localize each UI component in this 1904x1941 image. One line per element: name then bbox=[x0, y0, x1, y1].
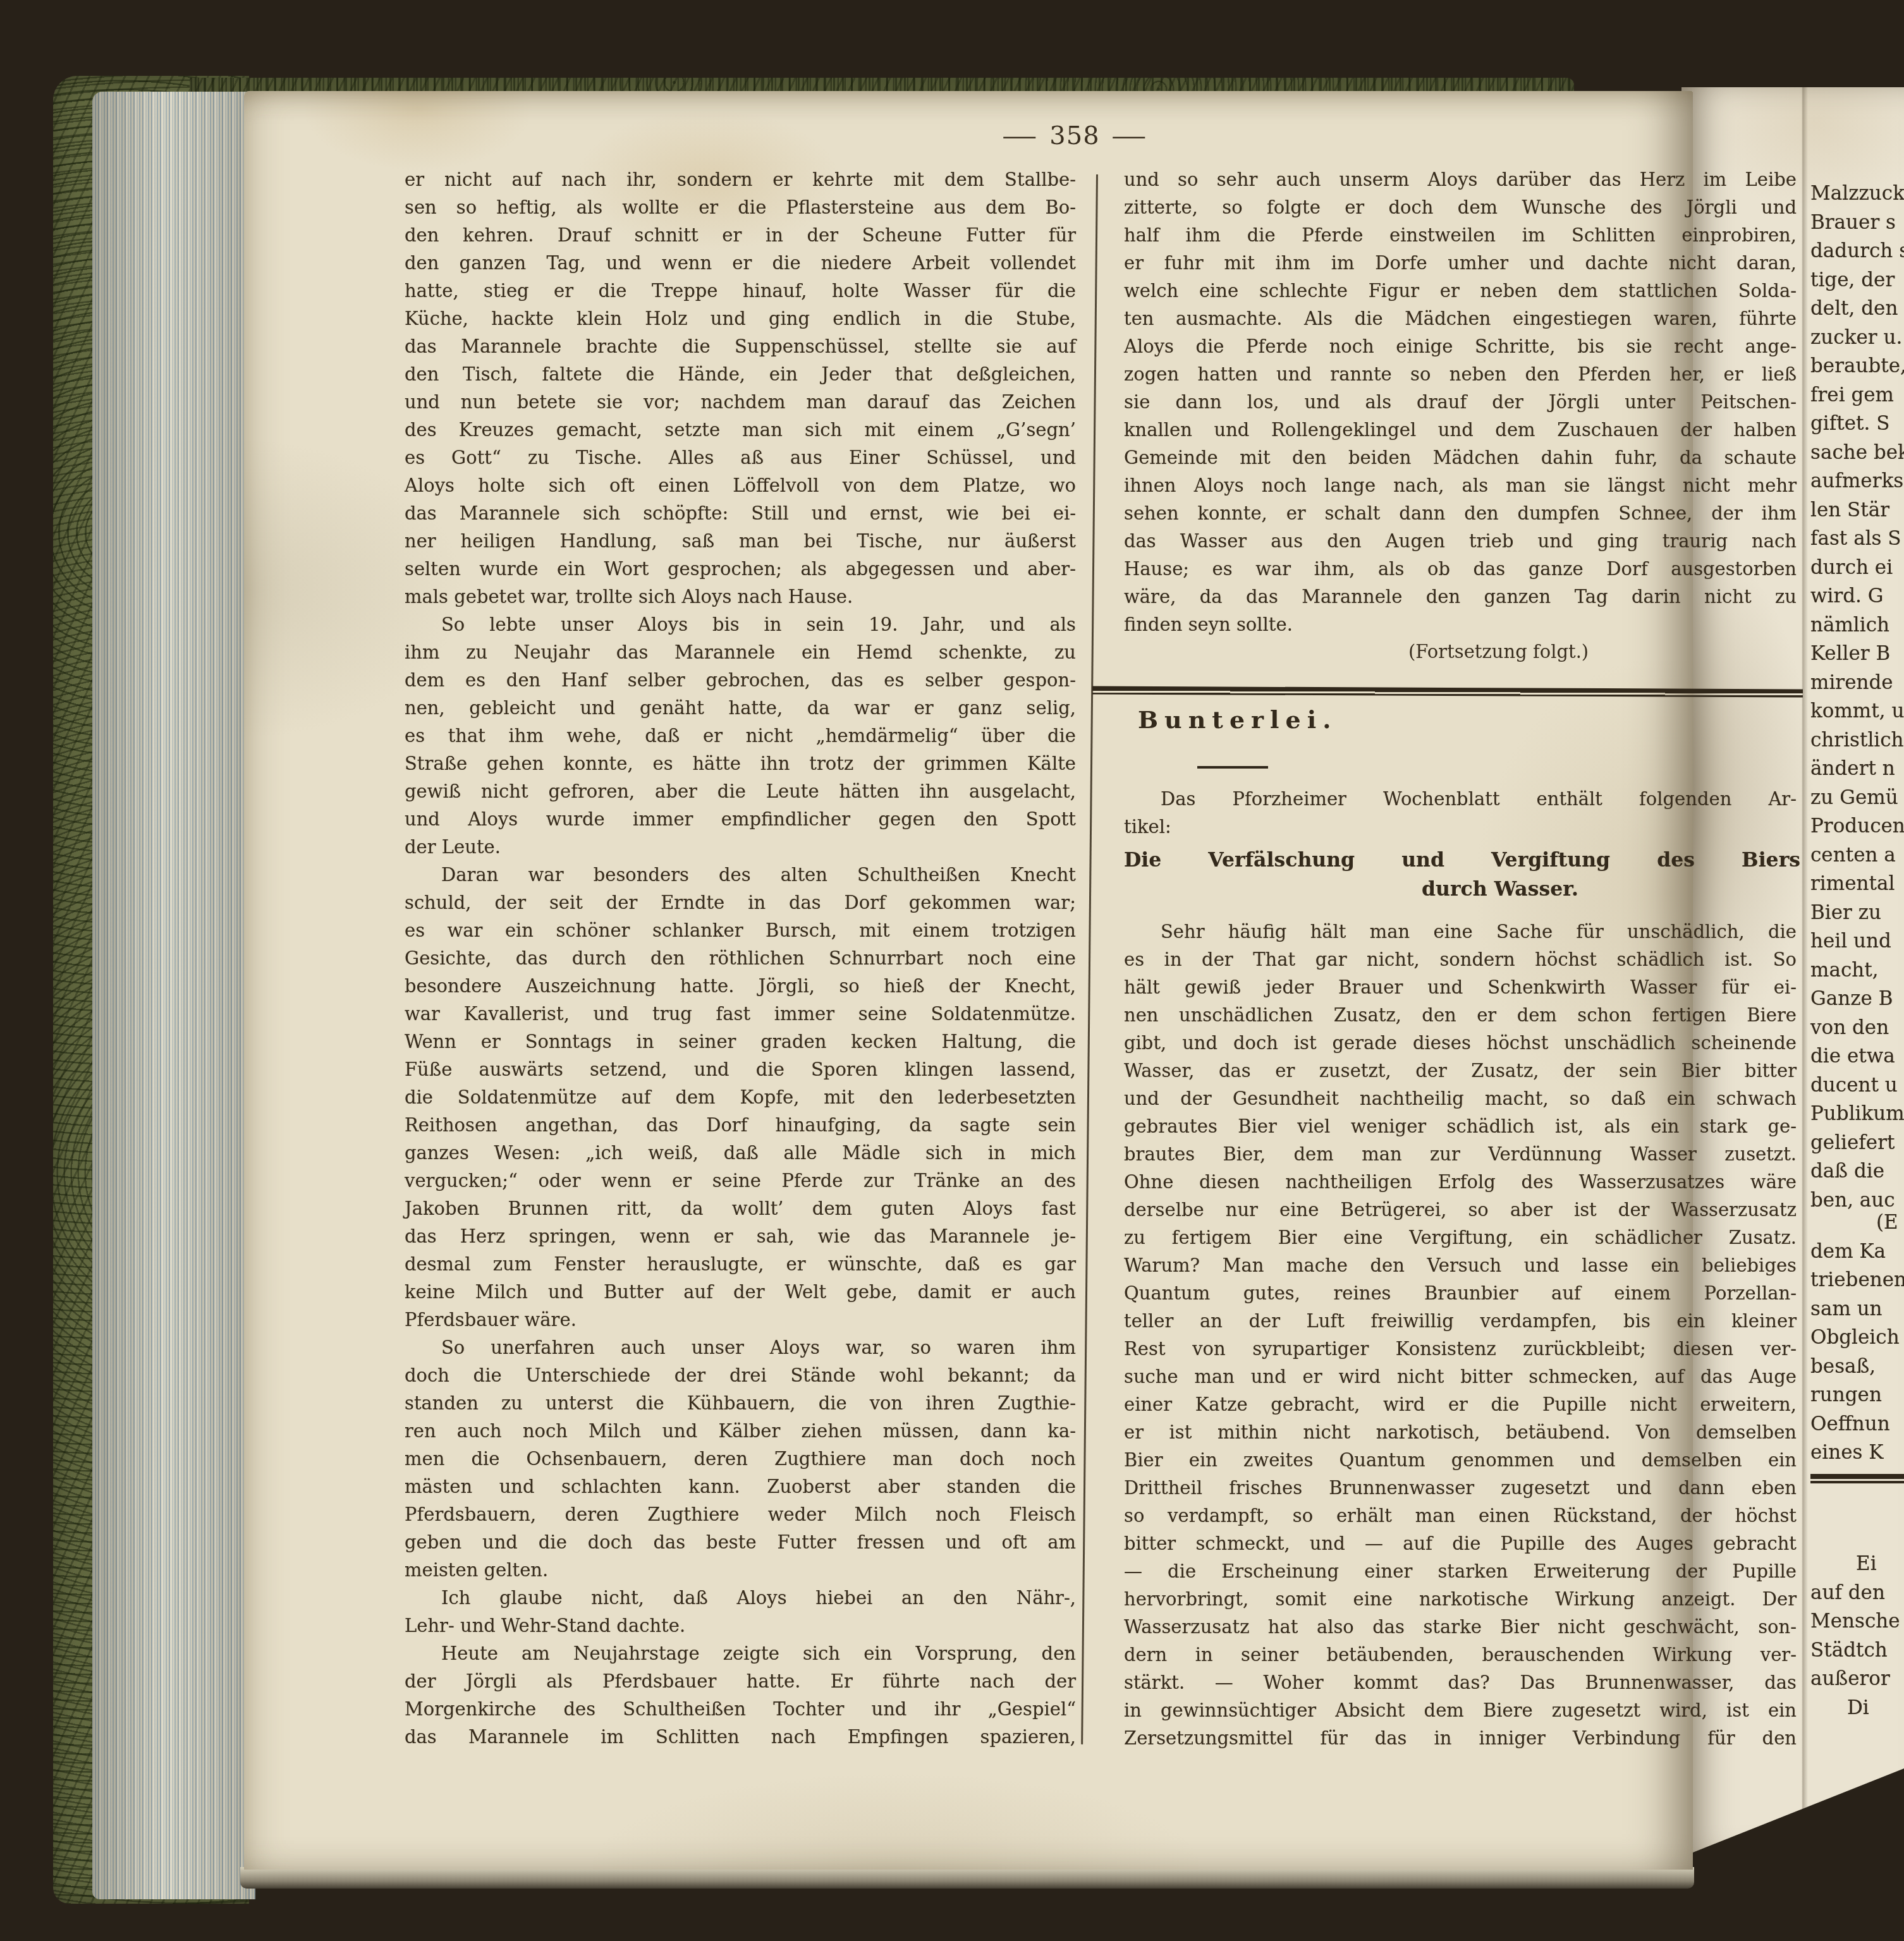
text-line: gibt, und doch ist gerade dieses höchst … bbox=[1124, 1029, 1797, 1057]
text-line: dadurch s bbox=[1810, 237, 1904, 266]
text-line: ändert n bbox=[1810, 755, 1904, 784]
text-line: der Leute. bbox=[405, 833, 1076, 861]
text-line: hält gewiß jeder Brauer und Schenkwirth … bbox=[1124, 973, 1797, 1001]
text-line: So unerfahren auch unser Aloys war, so w… bbox=[405, 1334, 1076, 1361]
text-line: Oeffnun bbox=[1810, 1410, 1904, 1439]
text-line: es war ein schöner schlanker Bursch, mit… bbox=[405, 916, 1076, 944]
continuation-note: (Fortsetzung folgt.) bbox=[1408, 641, 1589, 662]
text-line: hatte, stieg er die Treppe hinauf, holte… bbox=[405, 277, 1076, 305]
text-line: rungen bbox=[1810, 1381, 1904, 1410]
bottom-page-edges bbox=[240, 1867, 1694, 1889]
text-line: Producen bbox=[1810, 812, 1904, 841]
text-line: der Jörgli als Pferdsbauer hatte. Er füh… bbox=[405, 1667, 1076, 1695]
text-line: nen, gebleicht und genäht hatte, da war … bbox=[405, 694, 1076, 722]
text-line: — die Erscheinung einer starken Erweiter… bbox=[1124, 1557, 1797, 1585]
next-page-column-top: MalzzuckerBrauer sdadurch stige, derdelt… bbox=[1810, 179, 1904, 1215]
text-line: in gewinnsüchtiger Absicht dem Biere zug… bbox=[1124, 1696, 1797, 1724]
text-line: einer Katze gebracht, wird er die Pupill… bbox=[1124, 1390, 1797, 1418]
section-title-rule bbox=[1197, 766, 1268, 769]
text-line: delt, den bbox=[1810, 295, 1904, 324]
text-line: derselbe nur eine Betrügerei, so aber is… bbox=[1124, 1196, 1797, 1224]
text-line: Aloys die Pferde noch einige Schritte, b… bbox=[1124, 332, 1797, 360]
book-scan: { "page": { "number": "358", "dash": "—"… bbox=[0, 0, 1904, 1941]
text-line: gewiß nicht gefroren, aber die Leute hät… bbox=[405, 777, 1076, 805]
article-title-line1: Die Verfälschung und Vergiftung des Bier… bbox=[1124, 846, 1800, 875]
text-line: Städtch bbox=[1810, 1636, 1904, 1665]
text-line: war Kavallerist, und trug fast immer sei… bbox=[405, 1000, 1076, 1028]
text-line: des Kreuzes gemacht, setzte man sich mit… bbox=[405, 416, 1076, 444]
text-line: finden seyn sollte. bbox=[1124, 611, 1797, 638]
page-number: —358— bbox=[961, 121, 1188, 155]
text-line: Reithosen angethan, das Dorf hinaufging,… bbox=[405, 1111, 1076, 1139]
text-line: Pferdsbauern, deren Zugthiere weder Milc… bbox=[405, 1500, 1076, 1528]
text-line: das Marannele im Schlitten nach Empfinge… bbox=[405, 1723, 1076, 1751]
text-line: triebenen bbox=[1810, 1266, 1904, 1295]
text-line: wäre, da das Marannele den ganzen Tag da… bbox=[1124, 583, 1797, 611]
page-edge-stack bbox=[92, 92, 255, 1899]
text-line: selten wurde ein Wort gesprochen; als ab… bbox=[405, 555, 1076, 583]
text-line: Ei bbox=[1810, 1550, 1904, 1579]
text-line: Lehr- und Wehr-Stand dachte. bbox=[405, 1612, 1076, 1640]
text-line: standen zu unterst die Kühbauern, die vo… bbox=[405, 1389, 1076, 1417]
text-line: und nun betete sie vor; nachdem man dara… bbox=[405, 388, 1076, 416]
next-page-section-rule bbox=[1810, 1474, 1904, 1483]
text-line: brautes Bier, dem man zur Verdünnung Was… bbox=[1124, 1140, 1797, 1168]
text-line: Bier ein zweites Quantum genommen und de… bbox=[1124, 1446, 1797, 1474]
text-line: Mensche bbox=[1810, 1607, 1904, 1636]
text-line: wird. G bbox=[1810, 582, 1904, 611]
text-line: Malzzucker bbox=[1810, 179, 1904, 209]
text-line: Zersetzungsmittel für das in inniger Ver… bbox=[1124, 1724, 1797, 1752]
text-line: dern in seiner betäubenden, berauschende… bbox=[1124, 1641, 1797, 1669]
text-line: schuld, der seit der Erndte in das Dorf … bbox=[405, 889, 1076, 916]
text-line: ren auch noch Milch und Kälber ziehen mü… bbox=[405, 1417, 1076, 1445]
text-line: es in der That gar nicht, sondern höchst… bbox=[1124, 946, 1797, 973]
text-line: geliefert bbox=[1810, 1129, 1904, 1158]
text-line: gebrautes Bier viel weniger schädlich is… bbox=[1124, 1112, 1797, 1140]
text-line: men die Ochsenbauern, deren Zugthiere ma… bbox=[405, 1445, 1076, 1473]
text-line: Warum? Man mache den Versuch und lasse e… bbox=[1124, 1251, 1797, 1279]
text-line: Gemeinde mit den beiden Mädchen dahin fu… bbox=[1124, 444, 1797, 472]
text-line: Drittheil frisches Brunnenwasser zugeset… bbox=[1124, 1474, 1797, 1502]
text-line: christliche bbox=[1810, 726, 1904, 755]
text-line: Bier zu bbox=[1810, 899, 1904, 928]
text-line: das Marannele brachte die Suppenschüssel… bbox=[405, 332, 1076, 360]
text-line: frei gem bbox=[1810, 381, 1904, 410]
article-title: Die Verfälschung und Vergiftung des Bier… bbox=[1124, 846, 1800, 904]
text-line: so verdampft, so erhält man einen Rückst… bbox=[1124, 1502, 1797, 1530]
text-line: keine Milch und Butter auf der Welt gebe… bbox=[405, 1278, 1076, 1306]
text-line: Wasser, das er zusetzt, der Zusatz, der … bbox=[1124, 1057, 1797, 1085]
text-line: teller an der Luft freiwillig verdampfen… bbox=[1124, 1307, 1797, 1335]
text-line: zogen hatten und rannte so neben den Pfe… bbox=[1124, 360, 1797, 388]
page-number-dash-left: — bbox=[1002, 121, 1038, 150]
text-line: Obgleich bbox=[1810, 1323, 1904, 1353]
text-line: tikel: bbox=[1124, 813, 1797, 841]
text-line: Di bbox=[1810, 1694, 1904, 1723]
text-line: macht, bbox=[1810, 956, 1904, 985]
text-line: Heute am Neujahrstage zeigte sich ein Vo… bbox=[405, 1640, 1076, 1667]
text-line: fast als S bbox=[1810, 525, 1904, 554]
section-title: Bunterlei. bbox=[1138, 705, 1337, 734]
text-line: Quantum gutes, reines Braunbier auf eine… bbox=[1124, 1279, 1797, 1307]
text-line: Ohne diesen nachtheiligen Erfolg des Was… bbox=[1124, 1168, 1797, 1196]
text-line: ganzes Wesen: „ich weiß, daß alle Mädle … bbox=[405, 1139, 1076, 1167]
text-line: len Stär bbox=[1810, 496, 1904, 525]
text-line: Ich glaube nicht, daß Aloys hiebei an de… bbox=[405, 1584, 1076, 1612]
text-line: vergucken;“ oder wenn er seine Pferde zu… bbox=[405, 1167, 1076, 1195]
text-line: heil und bbox=[1810, 927, 1904, 956]
text-line: Daran war besonders des alten Schultheiß… bbox=[405, 861, 1076, 889]
article-body-column: Sehr häufig hält man eine Sache für unsc… bbox=[1124, 918, 1797, 1752]
text-line: tige, der bbox=[1810, 266, 1904, 295]
text-line: welch eine schlechte Figur er neben dem … bbox=[1124, 277, 1797, 305]
text-line: Aloys holte sich oft einen Löffelvoll vo… bbox=[405, 472, 1076, 499]
text-line: das Herz springen, wenn er sah, wie das … bbox=[405, 1222, 1076, 1250]
text-line: er ist mithin nicht narkotisch, betäuben… bbox=[1124, 1418, 1797, 1446]
text-line: das Wasser aus den Augen trieb und ging … bbox=[1124, 527, 1797, 555]
text-line: den Tisch, faltete die Hände, ein Jeder … bbox=[405, 360, 1076, 388]
text-line: beraubte, bbox=[1810, 352, 1904, 381]
text-line: kommt, u bbox=[1810, 697, 1904, 726]
left-text-column: er nicht auf nach ihr, sondern er kehrte… bbox=[405, 166, 1076, 1751]
text-line: Keller B bbox=[1810, 640, 1904, 669]
text-line: aufmerksa bbox=[1810, 467, 1904, 496]
text-line: centen a bbox=[1810, 841, 1904, 870]
text-line: er nicht auf nach ihr, sondern er kehrte… bbox=[405, 166, 1076, 193]
text-line: (E bbox=[1810, 1208, 1904, 1238]
text-line: die Soldatenmütze auf dem Kopfe, mit den… bbox=[405, 1083, 1076, 1111]
text-line: Rest von syrupartiger Konsistenz zurückb… bbox=[1124, 1335, 1797, 1363]
text-line: Das Pforzheimer Wochenblatt enthält folg… bbox=[1124, 785, 1797, 813]
text-line: eines K bbox=[1810, 1439, 1904, 1468]
text-line: Füße auswärts setzend, und die Sporen kl… bbox=[405, 1056, 1076, 1083]
text-line: desmal zum Fenster herauslugte, er wünsc… bbox=[405, 1250, 1076, 1278]
text-line: sam un bbox=[1810, 1295, 1904, 1324]
text-line: Gesichte, das durch den röthlichen Schnu… bbox=[405, 944, 1076, 972]
page-number-dash-right: — bbox=[1111, 121, 1147, 150]
text-line: es Gott“ zu Tische. Alles aß aus Einer S… bbox=[405, 444, 1076, 472]
text-line: geben und die doch das beste Futter fres… bbox=[405, 1528, 1076, 1556]
text-line: Ganze B bbox=[1810, 985, 1904, 1014]
text-line: mals gebetet war, trollte sich Aloys nac… bbox=[405, 583, 1076, 611]
text-line: doch die Unterschiede der drei Stände wo… bbox=[405, 1361, 1076, 1389]
next-page-column-bottom: Eiauf denMenscheStädtchaußerorDi bbox=[1810, 1550, 1904, 1722]
text-line: Pferdsbauer wäre. bbox=[405, 1306, 1076, 1334]
text-line: ihnen Aloys noch lange nach, als man sie… bbox=[1124, 472, 1797, 499]
text-line: stärkt. — Woher kommt das? Das Brunnenwa… bbox=[1124, 1669, 1797, 1696]
text-line: sen so heftig, als wollte er die Pflaste… bbox=[405, 193, 1076, 221]
text-line: Brauer s bbox=[1810, 209, 1904, 238]
text-line: bitter schmeckt, und — auf die Pupille d… bbox=[1124, 1530, 1797, 1557]
text-line: besaß, bbox=[1810, 1353, 1904, 1382]
text-line: außeror bbox=[1810, 1665, 1904, 1694]
text-line: besondere Auszeichnung hatte. Jörgli, so… bbox=[405, 972, 1076, 1000]
text-line: Publikum bbox=[1810, 1100, 1904, 1129]
text-line: dem Ka bbox=[1810, 1238, 1904, 1267]
text-line: giftet. S bbox=[1810, 410, 1904, 439]
text-line: daß die bbox=[1810, 1157, 1904, 1186]
text-line: knallen und Rollengeklingel und dem Zusc… bbox=[1124, 416, 1797, 444]
text-line: zucker u. bbox=[1810, 324, 1904, 353]
text-line: den kehren. Drauf schnitt er in der Sche… bbox=[405, 221, 1076, 249]
text-line: ihm zu Neujahr das Marannele ein Hemd sc… bbox=[405, 638, 1076, 666]
text-line: sehen konnte, er schalt dann den dumpfen… bbox=[1124, 499, 1797, 527]
text-line: es that ihm wehe, daß er nicht „hemdärme… bbox=[405, 722, 1076, 750]
text-line: Wenn er Sonntags in seiner graden kecken… bbox=[405, 1028, 1076, 1056]
text-line: half ihm die Pferde einstweilen im Schli… bbox=[1124, 221, 1797, 249]
text-line: dem es den Hanf selber gebrochen, das es… bbox=[405, 666, 1076, 694]
text-line: zu fertigem Bier eine Vergiftung, ein sc… bbox=[1124, 1224, 1797, 1251]
text-line: sache bek bbox=[1810, 439, 1904, 468]
text-line: und so sehr auch unserm Aloys darüber da… bbox=[1124, 166, 1797, 193]
text-line: und Aloys wurde immer empfindlicher gege… bbox=[405, 805, 1076, 833]
text-line: ner heiligen Handlung, saß man bei Tisch… bbox=[405, 527, 1076, 555]
text-line: suche man und er wird nicht bitter schme… bbox=[1124, 1363, 1797, 1390]
text-line: zitterte, so folgte er doch dem Wunsche … bbox=[1124, 193, 1797, 221]
text-line: die etwa bbox=[1810, 1042, 1904, 1071]
text-line: ducent u bbox=[1810, 1071, 1904, 1100]
text-line: ten ausmachte. Als die Mädchen eingestie… bbox=[1124, 305, 1797, 332]
text-line: Hause; es war ihm, als ob das ganze Dorf… bbox=[1124, 555, 1797, 583]
text-line: Straße gehen konnte, es hätte ihn trotz … bbox=[405, 750, 1076, 777]
text-line: So lebte unser Aloys bis in sein 19. Jah… bbox=[405, 611, 1076, 638]
text-line: auf den bbox=[1810, 1579, 1904, 1608]
text-line: das Marannele sich schöpfte: Still und e… bbox=[405, 499, 1076, 527]
text-line: sie dann los, und als drauf der Jörgli u… bbox=[1124, 388, 1797, 416]
text-line: Wasserzusatz hat also das starke Bier ni… bbox=[1124, 1613, 1797, 1641]
text-line: und der Gesundheit nachtheilig macht, so… bbox=[1124, 1085, 1797, 1112]
text-line: meisten gelten. bbox=[405, 1556, 1076, 1584]
next-page-column-middle: (Edem Katriebenensam unObgleichbesaß,run… bbox=[1810, 1208, 1904, 1468]
text-line: mirende bbox=[1810, 669, 1904, 698]
text-line: Küche, hackte klein Holz und ging endlic… bbox=[405, 305, 1076, 332]
text-line: er fuhr mit ihm im Dorfe umher und dacht… bbox=[1124, 249, 1797, 277]
text-line: von den bbox=[1810, 1014, 1904, 1043]
text-line: nen unschädlichen Zusatz, den er dem sch… bbox=[1124, 1001, 1797, 1029]
text-line: zu Gemü bbox=[1810, 784, 1904, 813]
text-line: durch ei bbox=[1810, 554, 1904, 583]
text-line: nämlich bbox=[1810, 611, 1904, 640]
text-line: rimental bbox=[1810, 870, 1904, 899]
text-line: Jakoben Brunnen ritt, da wollt’ dem gute… bbox=[405, 1195, 1076, 1222]
text-line: Sehr häufig hält man eine Sache für unsc… bbox=[1124, 918, 1797, 946]
text-line: hervorbringt, somit eine narkotische Wir… bbox=[1124, 1585, 1797, 1613]
text-line: mästen und schlachten kann. Zuoberst abe… bbox=[405, 1473, 1076, 1500]
article-title-line2: durch Wasser. bbox=[1124, 875, 1800, 904]
intro-paragraph: Das Pforzheimer Wochenblatt enthält folg… bbox=[1124, 785, 1797, 841]
page-number-value: 358 bbox=[1049, 121, 1099, 150]
text-line: Morgenkirche des Schultheißen Tochter un… bbox=[405, 1695, 1076, 1723]
text-line: den ganzen Tag, und wenn er die niedere … bbox=[405, 249, 1076, 277]
story-column: und so sehr auch unserm Aloys darüber da… bbox=[1124, 166, 1797, 638]
